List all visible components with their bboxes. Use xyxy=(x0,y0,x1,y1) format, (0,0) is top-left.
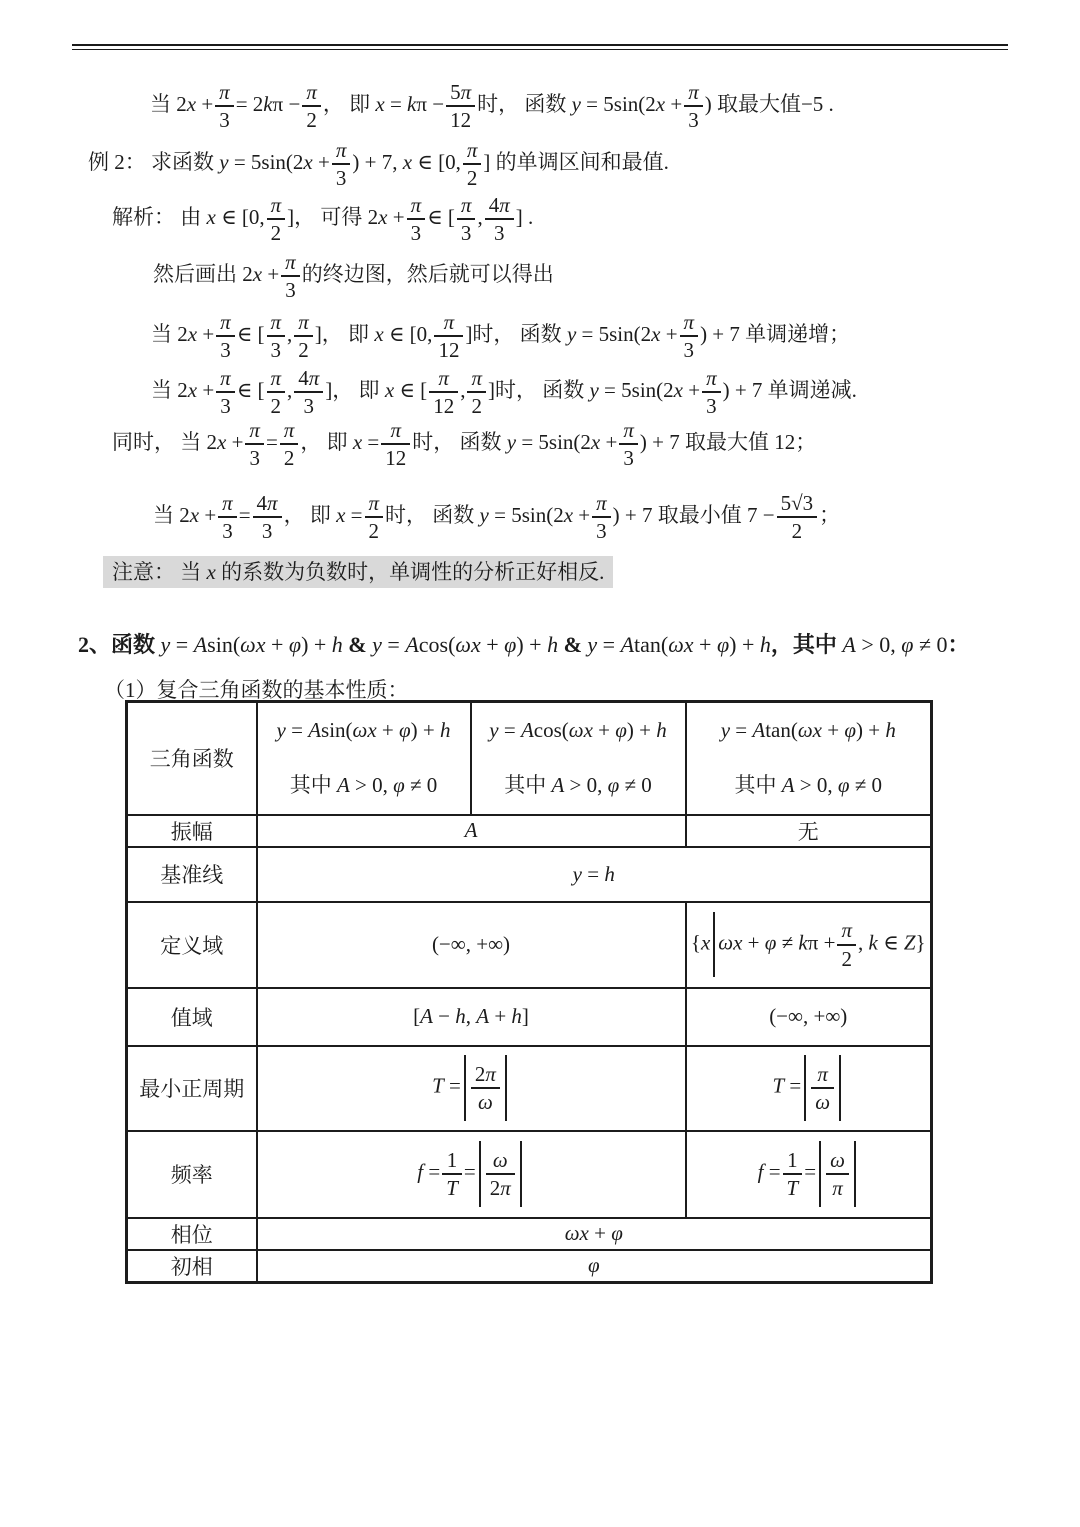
cell-amplitude-sincos: A xyxy=(257,815,686,847)
note-highlight-text: 注意： 当 x 的系数为负数时，单调性的分析正好相反. xyxy=(103,556,613,588)
terminal-diagram-line: 然后画出 2x +π3的终边图，然后就可以得出 xyxy=(153,251,554,301)
decreasing-interval-line: 当 2x +π3∈ [π2,4π3]， 即 x ∈ [π12,π2]时， 函数 … xyxy=(151,367,857,417)
cell-domain-sincos: (−∞, +∞) xyxy=(257,902,686,988)
row-label-function: 三角函数 xyxy=(127,702,257,815)
cell-sin-definition: y = Asin(ωx + φ) + h 其中 A > 0, φ ≠ 0 xyxy=(257,702,471,815)
row-label-range: 值域 xyxy=(127,988,257,1046)
properties-table: 三角函数 y = Asin(ωx + φ) + h 其中 A > 0, φ ≠ … xyxy=(125,700,933,1284)
min-value-line: 当 2x +π3=4π3， 即 x =π2时， 函数 y = 5sin(2x +… xyxy=(153,492,840,542)
max-value-line: 同时， 当 2x +π3=π2， 即 x =π12时， 函数 y = 5sin(… xyxy=(112,419,816,469)
tan-condition: 其中 A > 0, φ ≠ 0 xyxy=(687,769,931,799)
header-rule xyxy=(72,44,1008,50)
sin-condition: 其中 A > 0, φ ≠ 0 xyxy=(258,769,470,799)
section2-heading: 2、函数 y = Asin(ωx + φ) + h & y = Acos(ωx … xyxy=(78,628,970,659)
row-label-period: 最小正周期 xyxy=(127,1046,257,1131)
cell-initial-phase-all: φ xyxy=(257,1250,932,1283)
table-row: 基准线 y = h xyxy=(127,847,932,902)
row-label-initial-phase: 初相 xyxy=(127,1250,257,1283)
cell-range-sincos: [A − h, A + h] xyxy=(257,988,686,1046)
cell-frequency-sincos: f =1T=ω2π xyxy=(257,1131,686,1218)
table-row: 最小正周期 T =2πω T =πω xyxy=(127,1046,932,1131)
cell-tan-definition: y = Atan(ωx + φ) + h 其中 A > 0, φ ≠ 0 xyxy=(686,702,932,815)
row-label-domain: 定义域 xyxy=(127,902,257,988)
example2-title: 例 2： 求函数 y = 5sin(2x +π3) + 7, x ∈ [0,π2… xyxy=(88,139,669,189)
row-label-phase: 相位 xyxy=(127,1218,257,1250)
row-label-frequency: 频率 xyxy=(127,1131,257,1218)
cos-formula: y = Acos(ωx + φ) + h xyxy=(472,718,685,743)
document-page: 当 2x +π3= 2kπ −π2， 即 x = kπ −5π12时， 函数 y… xyxy=(0,0,1080,1527)
table-row: 定义域 (−∞, +∞) {xωx + φ ≠ kπ +π2, k ∈ Z} xyxy=(127,902,932,988)
tan-formula: y = Atan(ωx + φ) + h xyxy=(687,718,931,743)
cell-period-tan: T =πω xyxy=(686,1046,932,1131)
note-highlight: 注意： 当 x 的系数为负数时，单调性的分析正好相反. xyxy=(103,556,613,586)
cell-range-tan: (−∞, +∞) xyxy=(686,988,932,1046)
row-label-amplitude: 振幅 xyxy=(127,815,257,847)
cell-domain-tan: {xωx + φ ≠ kπ +π2, k ∈ Z} xyxy=(686,902,932,988)
sin-formula: y = Asin(ωx + φ) + h xyxy=(258,718,470,743)
cell-cos-definition: y = Acos(ωx + φ) + h 其中 A > 0, φ ≠ 0 xyxy=(471,702,686,815)
cell-period-sincos: T =2πω xyxy=(257,1046,686,1131)
table-row: 相位 ωx + φ xyxy=(127,1218,932,1250)
increasing-interval-line: 当 2x +π3∈ [π3,π2]， 即 x ∈ [0,π12]时， 函数 y … xyxy=(151,311,850,361)
table-row: 三角函数 y = Asin(ωx + φ) + h 其中 A > 0, φ ≠ … xyxy=(127,702,932,815)
cos-condition: 其中 A > 0, φ ≠ 0 xyxy=(472,769,685,799)
cell-amplitude-tan: 无 xyxy=(686,815,932,847)
table-row: 值域 [A − h, A + h] (−∞, +∞) xyxy=(127,988,932,1046)
table-row: 振幅 A 无 xyxy=(127,815,932,847)
analysis-line: 解析： 由 x ∈ [0,π2]， 可得 2x +π3∈ [π3,4π3] . xyxy=(112,194,533,244)
cell-frequency-tan: f =1T=ωπ xyxy=(686,1131,932,1218)
cell-baseline-all: y = h xyxy=(257,847,932,902)
cell-phase-all: ωx + φ xyxy=(257,1218,932,1250)
table-row: 初相 φ xyxy=(127,1250,932,1283)
table-row: 频率 f =1T=ω2π f =1T=ωπ xyxy=(127,1131,932,1218)
row-label-baseline: 基准线 xyxy=(127,847,257,902)
line-max-value-neg5: 当 2x +π3= 2kπ −π2， 即 x = kπ −5π12时， 函数 y… xyxy=(150,81,834,131)
